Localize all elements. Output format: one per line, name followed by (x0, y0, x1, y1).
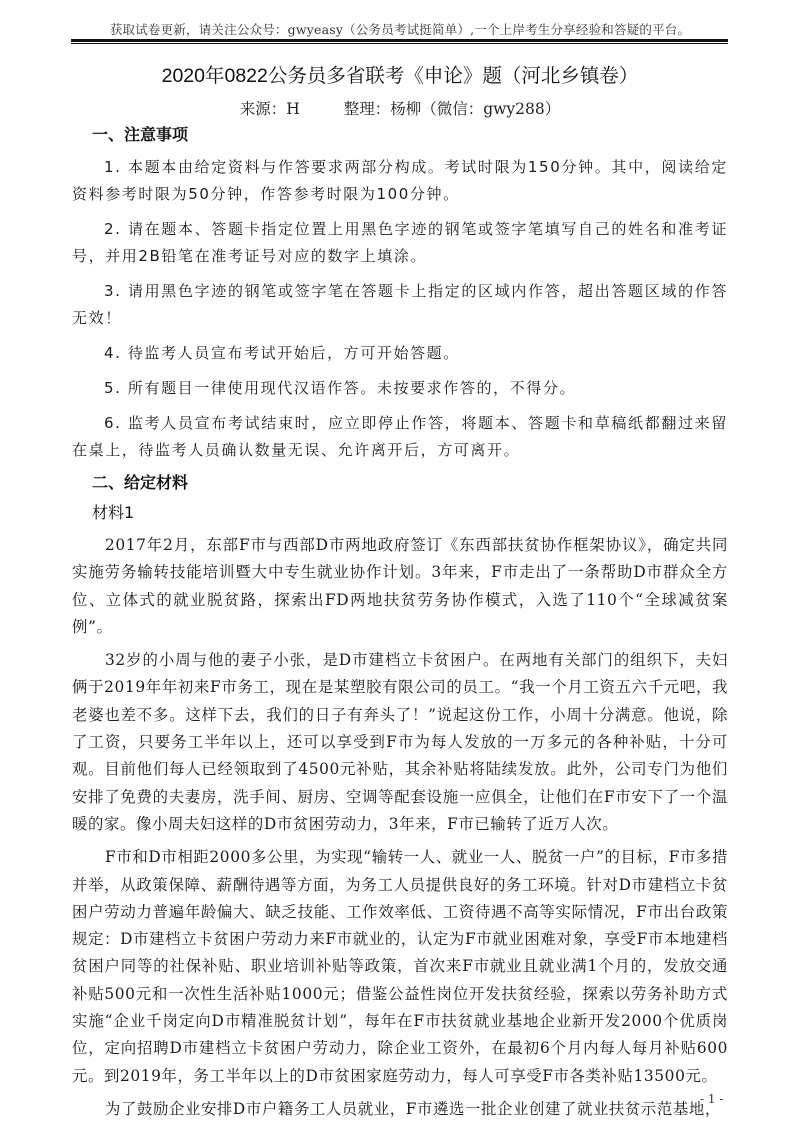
header-divider (71, 39, 728, 44)
note-item-4: 4. 待监考人员宣布考试开始后，方可开始答题。 (72, 340, 728, 367)
note-item-1: 1. 本题本由给定资料与作答要求两部分构成。考试时限为150分钟。其中，阅读给定… (72, 154, 728, 208)
section-heading-materials: 二、给定材料 (72, 472, 728, 494)
note-item-3: 3. 请用黑色字迹的钢笔或签字笔在答题卡上指定的区域内作答，超出答题区域的作答无… (72, 278, 728, 332)
material-1-heading: 材料1 (72, 502, 728, 524)
note-item-2: 2. 请在题本、答题卡指定位置上用黑色字迹的钢笔或签字笔填写自己的姓名和准考证号… (72, 216, 728, 270)
note-item-5: 5. 所有题目一律使用现代汉语作答。未按要求作答的，不得分。 (72, 375, 728, 402)
material-paragraph-4: 为了鼓励企业安排D市户籍务工人员就业，F市遴选一批企业创建了就业扶贫示范基地， (72, 1096, 728, 1123)
editor-label: 整理：杨柳（微信：gwy288） (344, 100, 561, 118)
material-paragraph-3: F市和D市相距2000多公里，为实现“输转一人、就业一人、脱贫一户”的目标，F市… (72, 844, 728, 1090)
document-body: 一、注意事项 1. 本题本由给定资料与作答要求两部分构成。考试时限为150分钟。… (72, 124, 728, 1129)
note-item-6: 6. 监考人员宣布考试结束时，应立即停止作答，将题本、答题卡和草稿纸都翻过来留在… (72, 410, 728, 464)
material-paragraph-1: 2017年2月，东部F市与西部D市两地政府签订《东西部扶贫协作框架协议》，确定共… (72, 532, 728, 641)
page-number: - 1 - (700, 1092, 723, 1106)
header-notice: 获取试卷更新，请关注公众号：gwyeasy（公务员考试挺简单）,一个上岸考生分享… (0, 20, 800, 38)
document-title: 2020年0822公务员多省联考《申论》题（河北乡镇卷） (0, 60, 800, 88)
section-heading-notes: 一、注意事项 (72, 124, 728, 146)
source-label: 来源：H (240, 100, 300, 118)
document-subtitle: 来源：H整理：杨柳（微信：gwy288） (0, 97, 800, 119)
material-paragraph-2: 32岁的小周与他的妻子小张，是D市建档立卡贫困户。在两地有关部门的组织下，夫妇俩… (72, 647, 728, 838)
